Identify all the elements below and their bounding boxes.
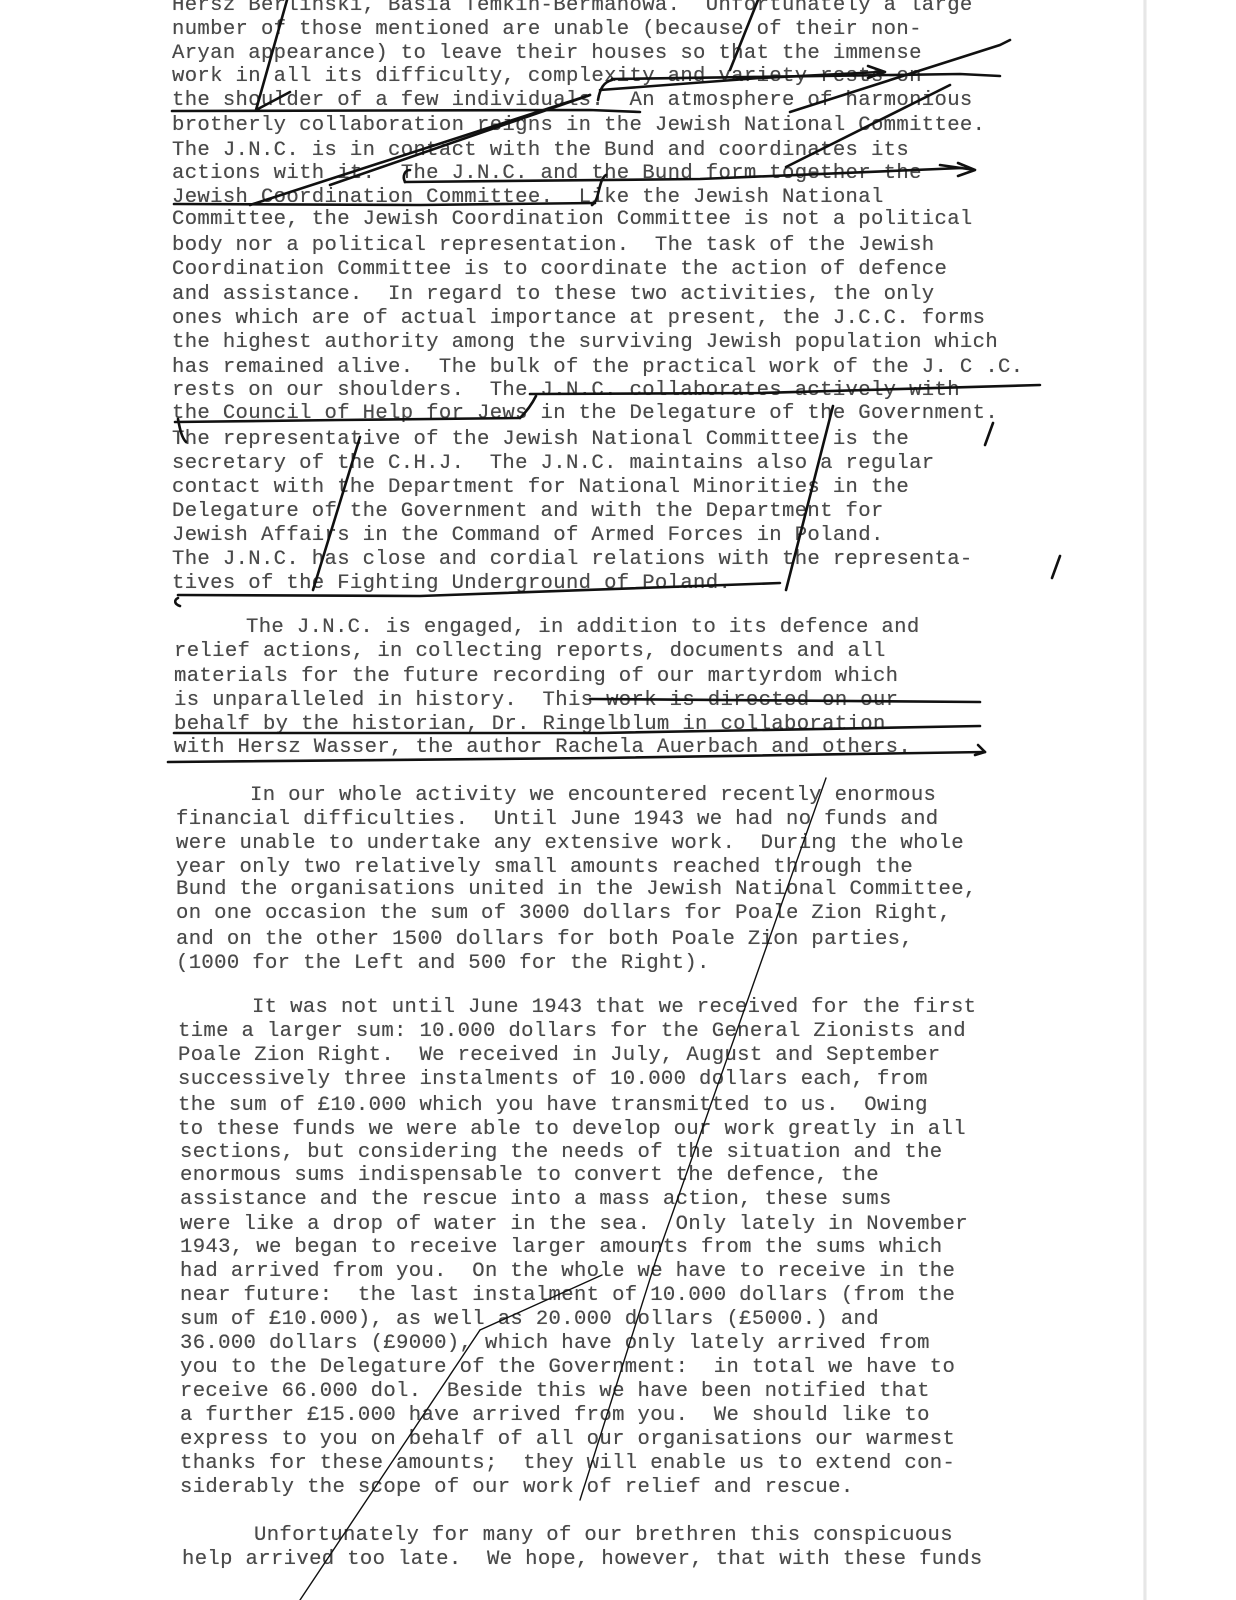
text-line: enormous sums indispensable to convert t… bbox=[180, 1164, 879, 1188]
text-line: The J.N.C. has close and cordial relatio… bbox=[172, 548, 973, 572]
text-line: successively three instalments of 10.000… bbox=[178, 1068, 928, 1092]
text-line: Jewish Affairs in the Command of Armed F… bbox=[172, 524, 884, 548]
text-line: body nor a political representation. The… bbox=[172, 234, 935, 258]
text-line: the Council of Help for Jews in the Dele… bbox=[172, 402, 998, 426]
typewritten-document: Hersz Berlinski, Basia Temkin-Bermanowa.… bbox=[0, 0, 1236, 1600]
text-line: Hersz Berlinski, Basia Temkin-Bermanowa.… bbox=[172, 0, 973, 18]
text-line: to these funds we were able to develop o… bbox=[178, 1118, 966, 1142]
text-line: thanks for these amounts; they will enab… bbox=[180, 1452, 955, 1476]
text-line: The representative of the Jewish Nationa… bbox=[172, 428, 909, 452]
text-line: 36.000 dollars (£9000), which have only … bbox=[180, 1332, 930, 1356]
text-line: were like a drop of water in the sea. On… bbox=[180, 1213, 968, 1237]
text-line: and on the other 1500 dollars for both P… bbox=[176, 928, 913, 952]
text-line: number of those mentioned are unable (be… bbox=[172, 18, 922, 42]
text-line: materials for the future recording of ou… bbox=[174, 665, 898, 689]
text-line: Poale Zion Right. We received in July, A… bbox=[178, 1044, 941, 1068]
text-line: is unparalleled in history. This work is… bbox=[174, 689, 898, 713]
text-line: receive 66.000 dol. Beside this we have … bbox=[180, 1380, 930, 1404]
text-line: Committee, the Jewish Coordination Commi… bbox=[172, 208, 973, 232]
text-line: contact with the Department for National… bbox=[172, 476, 909, 500]
text-line: time a larger sum: 10.000 dollars for th… bbox=[178, 1020, 966, 1044]
text-line: secretary of the C.H.J. The J.N.C. maint… bbox=[172, 452, 935, 476]
text-line: has remained alive. The bulk of the prac… bbox=[172, 356, 1023, 380]
text-line: Unfortunately for many of our brethren t… bbox=[254, 1524, 953, 1548]
text-line: with Hersz Wasser, the author Rachela Au… bbox=[174, 736, 911, 760]
text-line: tives of the Fighting Underground of Pol… bbox=[172, 572, 731, 596]
text-line: the sum of £10.000 which you have transm… bbox=[178, 1094, 928, 1118]
text-line: financial difficulties. Until June 1943 … bbox=[176, 808, 939, 832]
text-line: brotherly collaboration reigns in the Je… bbox=[172, 114, 985, 138]
text-line: express to you on behalf of all our orga… bbox=[180, 1428, 955, 1452]
text-line: you to the Delegature of the Government:… bbox=[180, 1356, 955, 1380]
text-line: Aryan appearance) to leave their houses … bbox=[172, 42, 922, 66]
text-line: year only two relatively small amounts r… bbox=[176, 856, 913, 880]
text-line: 1943, we began to receive larger amounts… bbox=[180, 1236, 943, 1260]
text-line: ones which are of actual importance at p… bbox=[172, 307, 985, 331]
text-line: The J.N.C. is in contact with the Bund a… bbox=[172, 139, 909, 163]
text-line: a further £15.000 have arrived from you.… bbox=[180, 1404, 930, 1428]
text-line: relief actions, in collecting reports, d… bbox=[174, 640, 886, 664]
text-line: the shoulder of a few individuals. An at… bbox=[172, 89, 973, 113]
text-line: and assistance. In regard to these two a… bbox=[172, 283, 935, 307]
text-line: rests on our shoulders. The J.N.C. colla… bbox=[172, 379, 960, 403]
text-line: actions with it. The J.N.C. and the Bund… bbox=[172, 162, 922, 186]
text-line: Jewish Coordination Committee. Like the … bbox=[172, 186, 884, 210]
text-line: Bund the organisations united in the Jew… bbox=[176, 878, 977, 902]
text-line: sum of £10.000), as well as 20.000 dolla… bbox=[180, 1308, 879, 1332]
text-line: near future: the last instalment of 10.0… bbox=[180, 1284, 955, 1308]
text-line: had arrived from you. On the whole we ha… bbox=[180, 1260, 955, 1284]
text-line: were unable to undertake any extensive w… bbox=[176, 832, 964, 856]
text-line: (1000 for the Left and 500 for the Right… bbox=[176, 952, 710, 976]
text-line: In our whole activity we encountered rec… bbox=[250, 784, 936, 808]
text-line: sections, but considering the needs of t… bbox=[180, 1141, 943, 1165]
text-line: The J.N.C. is engaged, in addition to it… bbox=[246, 616, 920, 640]
text-line: Delegature of the Government and with th… bbox=[172, 500, 884, 524]
text-line: on one occasion the sum of 3000 dollars … bbox=[176, 902, 951, 926]
text-line: the highest authority among the survivin… bbox=[172, 331, 998, 355]
text-line: assistance and the rescue into a mass ac… bbox=[180, 1188, 892, 1212]
text-line: siderably the scope of our work of relie… bbox=[180, 1476, 854, 1500]
text-line: help arrived too late. We hope, however,… bbox=[182, 1548, 983, 1572]
text-line: It was not until June 1943 that we recei… bbox=[252, 996, 976, 1020]
text-line: work in all its difficulty, complexity a… bbox=[172, 65, 922, 89]
text-line: Coordination Committee is to coordinate … bbox=[172, 258, 947, 282]
text-line: behalf by the historian, Dr. Ringelblum … bbox=[174, 713, 886, 737]
